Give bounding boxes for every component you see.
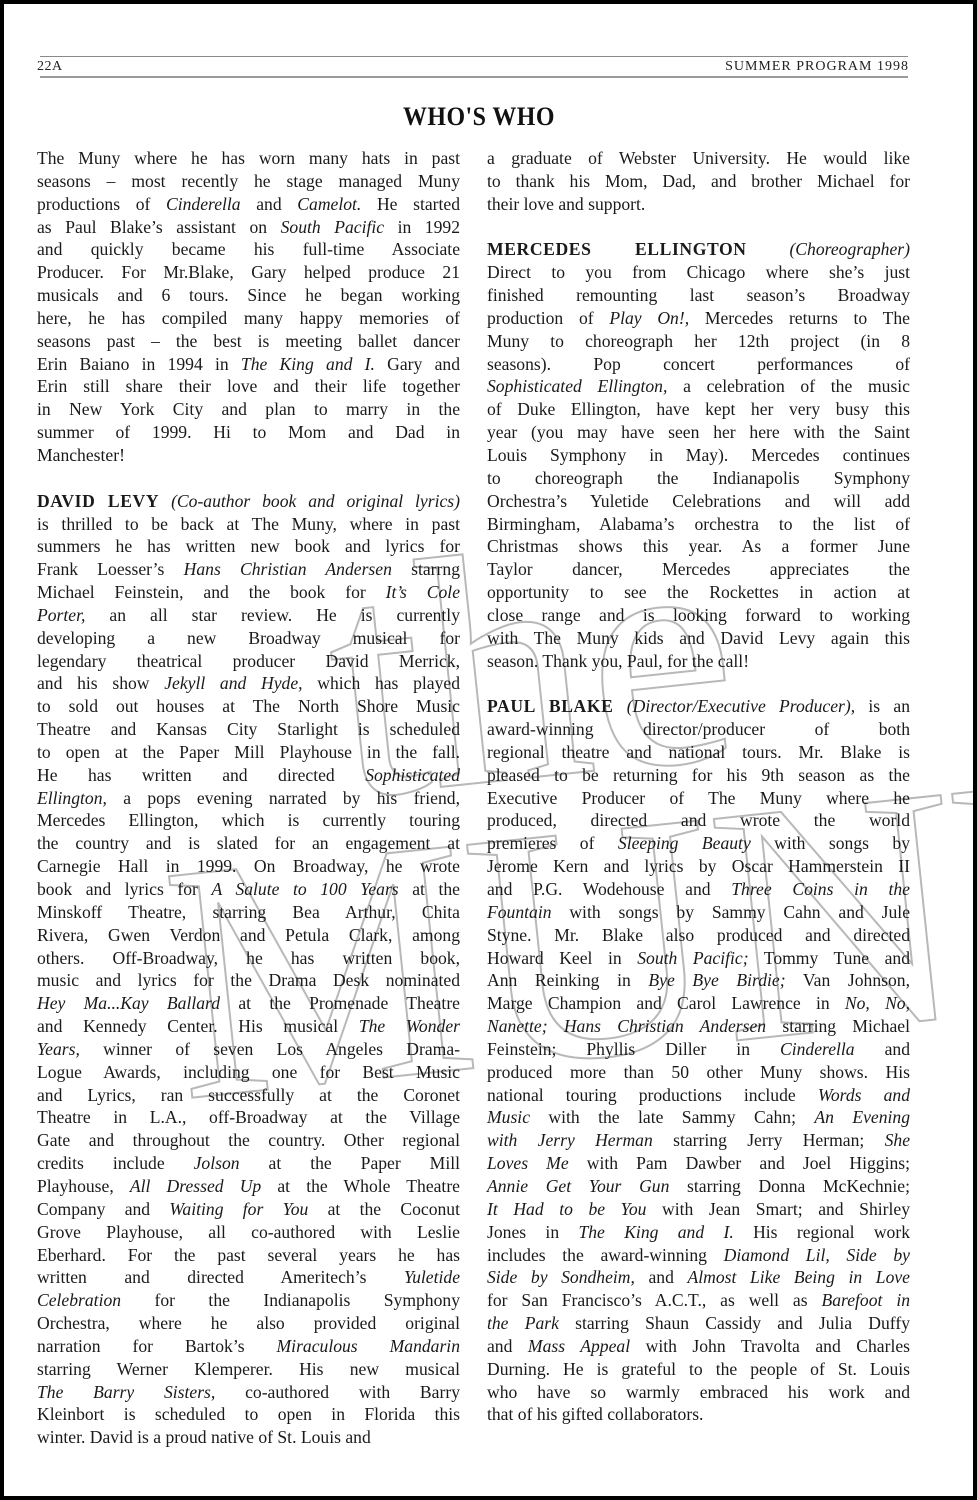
bio-body: is thrilled to be back at The Muny, wher… [37,513,460,1450]
text-line: Ann Reinking in Bye Bye Birdie; Van John… [487,969,910,992]
text-line: the country and is slated for an engagem… [37,832,460,855]
bio-heading-line: PAUL BLAKE (Director/Executive Producer)… [487,695,910,718]
italic-title: The Wonder [359,1016,460,1036]
text-line: Theatre and Kansas City Starlight is sch… [37,718,460,741]
italic-title: Camelot. [297,194,361,214]
text-line: with The Muny kids and David Levy again … [487,627,910,650]
italic-title: No, No, [845,993,910,1013]
text-line: to sold out houses at The North Shore Mu… [37,695,460,718]
paragraph-gap [487,216,910,239]
text-line: legendary theatrical producer David Merr… [37,650,460,673]
text-line: and his show Jekyll and Hyde, which has … [37,672,460,695]
text-line: Muny to choreograph her 12th project (in… [487,330,910,353]
italic-title: with Jerry Herman [487,1130,653,1150]
italic-title: Barefoot in [822,1290,911,1310]
text-line: Taylor dancer, Mercedes appreciates the [487,558,910,581]
text-line: season. Thank you, Paul, for the call! [487,650,910,673]
bio-continuation-gary: The Muny where he has worn many hats in … [37,147,460,467]
bio-role: (Co-author book and original lyrics) [171,491,460,511]
text-line: narration for Bartok’s Miraculous Mandar… [37,1335,460,1358]
italic-title: Words and [818,1085,910,1105]
bio-role: (Choreographer) [789,239,910,259]
text-line: Theatre in L.A., off-Broadway at the Vil… [37,1106,460,1129]
italic-title: Bye Bye Birdie; [648,970,785,990]
italic-title: Annie Get Your Gun [487,1176,669,1196]
text-line: seasons). Pop concert performances of [487,353,910,376]
text-line: Howard Keel in South Pacific; Tommy Tune… [487,947,910,970]
text-line: summers he has written new book and lyri… [37,535,460,558]
text-line: to thank his Mom, Dad, and brother Micha… [487,170,910,193]
bio-text: is an [855,696,910,716]
text-line: Logue Awards, including one for Best Mus… [37,1061,460,1084]
text-line: Eberhard. For the past several years he … [37,1244,460,1267]
italic-title: Hey Ma...Kay Ballard [37,993,220,1013]
italic-title: Nanette; Hans Christian Andersen [487,1016,766,1036]
text-line: premieres of Sleeping Beauty with songs … [487,832,910,855]
text-line: Durning. He is grateful to the people of… [487,1358,910,1381]
italic-title: The King and I. [241,354,375,374]
text-line: and Mass Appeal with John Travolta and C… [487,1335,910,1358]
text-line: Playhouse, All Dressed Up at the Whole T… [37,1175,460,1198]
italic-title: South Pacific; [637,948,748,968]
program-page: the MUNY 22A SUMMER PROGRAM 1998 WHO'S W… [4,4,973,1496]
text-line: Music with the late Sammy Cahn; An Eveni… [487,1106,910,1129]
paragraph-gap [37,467,460,490]
text-line: He has written and directed Sophisticate… [37,764,460,787]
bio-role: (Director/Executive Producer), [627,696,855,716]
text-line: produced, directed and wrote the world [487,809,910,832]
italic-title: It Had to be You [487,1199,646,1219]
italic-title: Almost Like Being in Love [688,1267,911,1287]
text-line: Fountain with songs by Sammy Cahn and Ju… [487,901,910,924]
italic-title: A Salute to 100 Years [211,879,398,899]
text-line: The Barry Sisters, co-authored with Barr… [37,1381,460,1404]
italic-title: Years, [37,1039,80,1059]
text-line: award-winning director/producer of both [487,718,910,741]
text-line: Louis Symphony in May). Mercedes continu… [487,444,910,467]
italic-title: She [885,1130,910,1150]
text-line: Producer. For Mr.Blake, Gary helped prod… [37,261,460,284]
text-line: production of Play On!, Mercedes returns… [487,307,910,330]
text-line: Jerome Kern and lyrics by Oscar Hammerst… [487,855,910,878]
text-line: Hey Ma...Kay Ballard at the Promenade Th… [37,992,460,1015]
text-line: Carnegie Hall in 1999. On Broadway, he w… [37,855,460,878]
italic-title: Ellington, [37,788,107,808]
text-line: Jones in The King and I. His regional wo… [487,1221,910,1244]
text-line: finished remounting last season’s Broadw… [487,284,910,307]
text-line: Michael Feinstein, and the book for It’s… [37,581,460,604]
bio-heading-line: DAVID LEVY (Co-author book and original … [37,490,460,513]
text-line: regional theatre and national tours. Mr.… [487,741,910,764]
text-line: The Muny where he has worn many hats in … [37,147,460,170]
italic-title: It’s Cole [386,582,460,602]
text-line: Erin still share their love and their li… [37,375,460,398]
italic-title: Play On!, [609,308,689,328]
italic-title: the Park [487,1313,559,1333]
text-line: Executive Producer of The Muny where he [487,787,910,810]
text-line: written and directed Ameritech’s Yuletid… [37,1266,460,1289]
text-line: for San Francisco’s A.C.T., as well as B… [487,1289,910,1312]
text-line: year (you may have seen her here with th… [487,421,910,444]
italic-title: Side by Sondheim, [487,1267,635,1287]
text-line: the Park starring Shaun Cassidy and Juli… [487,1312,910,1335]
text-line: winter. David is a proud native of St. L… [37,1426,460,1449]
text-line: book and lyrics for A Salute to 100 Year… [37,878,460,901]
text-line: and quickly became his full-time Associa… [37,238,460,261]
italic-title: Porter, [37,605,85,625]
bio-name: DAVID LEVY [37,491,159,511]
text-line: who have so warmly embraced his work and [487,1381,910,1404]
bio-body: Direct to you from Chicago where she’s j… [487,261,910,672]
text-line: opportunity to see the Rockettes in acti… [487,581,910,604]
text-line: includes the award-winning Diamond Lil, … [487,1244,910,1267]
italic-title: Diamond Lil, Side by [724,1245,910,1265]
text-line: starring Werner Klemperer. His new music… [37,1358,460,1381]
italic-title: All Dressed Up [130,1176,261,1196]
bio-heading-line: MERCEDES ELLINGTON (Choreographer) [487,238,910,261]
bio-mercedes-ellington: MERCEDES ELLINGTON (Choreographer) Direc… [487,238,910,672]
italic-title: Sleeping Beauty [618,833,751,853]
text-line: credits include Jolson at the Paper Mill [37,1152,460,1175]
italic-title: Yuletide [404,1267,460,1287]
paragraph-gap [487,672,910,695]
italic-title: Sophisticated Ellington, [487,376,667,396]
text-line: Years, winner of seven Los Angeles Drama… [37,1038,460,1061]
text-line: to open at the Paper Mill Playhouse in t… [37,741,460,764]
running-header-title: SUMMER PROGRAM 1998 [725,59,909,75]
text-line: It Had to be You with Jean Smart; and Sh… [487,1198,910,1221]
text-line: that of his gifted collaborators. [487,1403,910,1426]
text-line: Gate and throughout the country. Other r… [37,1129,460,1152]
text-line: Orchestra, where he also provided origin… [37,1312,460,1335]
left-column: The Muny where he has worn many hats in … [37,147,460,1449]
text-line: Christmas shows this year. As a former J… [487,535,910,558]
text-line: Orchestra’s Yuletide Celebrations and wi… [487,490,910,513]
text-line: Side by Sondheim, and Almost Like Being … [487,1266,910,1289]
text-line: and Lyrics, ran successfully at the Coro… [37,1084,460,1107]
text-line: Frank Loesser’s Hans Christian Andersen … [37,558,460,581]
bio-name: PAUL BLAKE [487,696,613,716]
text-line: and Kennedy Center. His musical The Wond… [37,1015,460,1038]
text-line: Sophisticated Ellington, a celebration o… [487,375,910,398]
text-line: others. Off-Broadway, he has written boo… [37,947,460,970]
header-rule-bottom [40,76,908,78]
text-line: their love and support. [487,193,910,216]
text-line: Annie Get Your Gun starring Donna McKech… [487,1175,910,1198]
text-line: Loves Me with Pam Dawber and Joel Higgin… [487,1152,910,1175]
italic-title: Hans Christian Andersen [184,559,392,579]
text-line: produced more than 50 other Muny shows. … [487,1061,910,1084]
text-line: national touring productions include Wor… [487,1084,910,1107]
header-rule-top [40,56,908,57]
italic-title: Jekyll and Hyde, [164,673,302,693]
text-line: is thrilled to be back at The Muny, wher… [37,513,460,536]
text-line: Nanette; Hans Christian Andersen starrin… [487,1015,910,1038]
text-line: Minskoff Theatre, starring Bea Arthur, C… [37,901,460,924]
italic-title: South Pacific [281,217,384,237]
text-line: Manchester! [37,444,460,467]
italic-title: Fountain [487,902,552,922]
right-column: a graduate of Webster University. He wou… [487,147,910,1426]
italic-title: Three Coins in the [731,879,910,899]
text-line: Ellington, a pops evening narrated by hi… [37,787,460,810]
italic-title: Music [487,1107,530,1127]
text-line: seasons past – the best is meeting balle… [37,330,460,353]
text-line: with Jerry Herman starring Jerry Herman;… [487,1129,910,1152]
text-line: productions of Cinderella and Camelot. H… [37,193,460,216]
italic-title: Celebration [37,1290,121,1310]
text-line: developing a new Broadway musical for [37,627,460,650]
text-line: musicals and 6 tours. Since he began wor… [37,284,460,307]
text-line: to choreograph the Indianapolis Symphony [487,467,910,490]
text-line: Porter, an all star review. He is curren… [37,604,460,627]
text-line: of Duke Ellington, have kept her very bu… [487,398,910,421]
text-line: pleased to be returning for his 9th seas… [487,764,910,787]
text-line: Direct to you from Chicago where she’s j… [487,261,910,284]
text-line: seasons – most recently he stage managed… [37,170,460,193]
text-line: as Paul Blake’s assistant on South Pacif… [37,216,460,239]
italic-title: Waiting for You [169,1199,308,1219]
text-line: close range and is looking forward to wo… [487,604,910,627]
text-line: Celebration for the Indianapolis Symphon… [37,1289,460,1312]
italic-title: Jolson [194,1153,240,1173]
text-line: Birmingham, Alabama’s orchestra to the l… [487,513,910,536]
italic-title: Loves Me [487,1153,569,1173]
section-title: WHO'S WHO [42,102,916,132]
text-line: and P.G. Wodehouse and Three Coins in th… [487,878,910,901]
italic-title: The King and I. [578,1222,733,1242]
italic-title: Cinderella [780,1039,855,1059]
text-line: Rivera, Gwen Verdon and Petula Clark, am… [37,924,460,947]
italic-title: Miraculous Mandarin [277,1336,460,1356]
text-line: here, he has compiled many happy memorie… [37,307,460,330]
italic-title: The Barry Sisters, [37,1382,215,1402]
text-line: Styne. Mr. Blake also produced and direc… [487,924,910,947]
bio-paul-blake: PAUL BLAKE (Director/Executive Producer)… [487,695,910,1426]
text-line: Grove Playhouse, all co-authored with Le… [37,1221,460,1244]
italic-title: Sophisticated [365,765,460,785]
text-line: a graduate of Webster University. He wou… [487,147,910,170]
text-line: Kleinbort is scheduled to open in Florid… [37,1403,460,1426]
bio-continuation-previous: a graduate of Webster University. He wou… [487,147,910,216]
text-line: Marge Champion and Carol Lawrence in No,… [487,992,910,1015]
italic-title: Cinderella [166,194,241,214]
text-line: Mercedes Ellington, which is currently t… [37,809,460,832]
text-line: Feinstein; Phyllis Diller in Cinderella … [487,1038,910,1061]
text-line: Company and Waiting for You at the Cocon… [37,1198,460,1221]
bio-david-levy: DAVID LEVY (Co-author book and original … [37,490,460,1449]
page-number: 22A [37,59,63,75]
bio-name: MERCEDES ELLINGTON [487,239,747,259]
bio-body: award-winning director/producer of bothr… [487,718,910,1426]
italic-title: An Evening [814,1107,910,1127]
text-line: summer of 1999. Hi to Mom and Dad in [37,421,460,444]
text-line: Erin Baiano in 1994 in The King and I. G… [37,353,460,376]
text-line: in New York City and plan to marry in th… [37,398,460,421]
italic-title: Mass Appeal [528,1336,630,1356]
text-line: music and lyrics for the Drama Desk nomi… [37,969,460,992]
